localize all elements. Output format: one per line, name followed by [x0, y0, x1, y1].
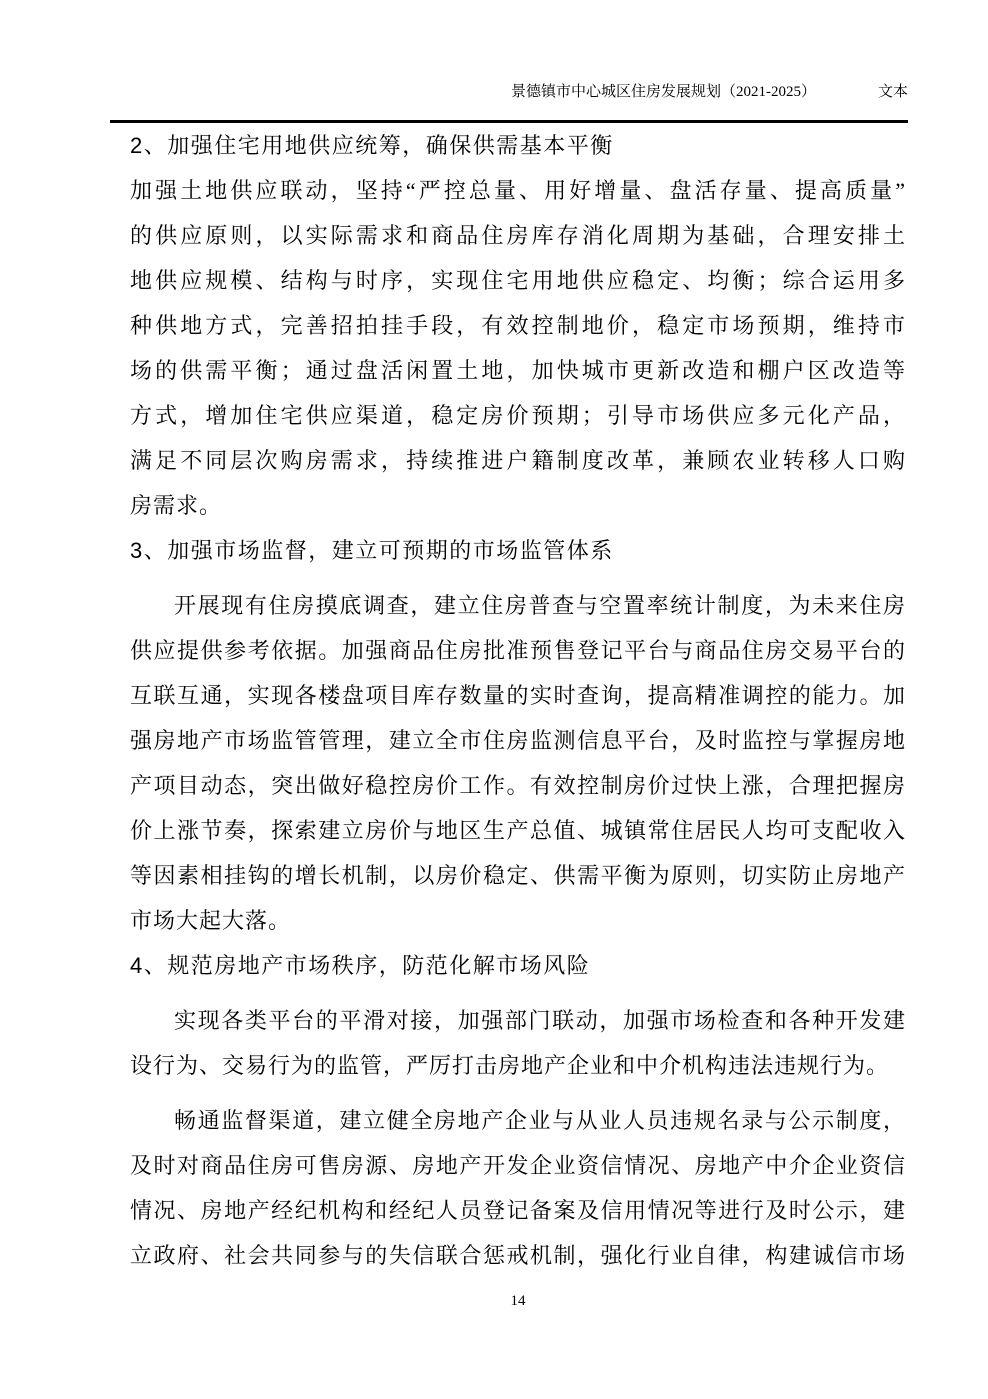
page-footer: 14: [130, 1290, 906, 1312]
text-line: 开展现有住房摸底调查，建立住房普查与空置率统计制度，为未来住房: [130, 583, 906, 628]
text-line: 地供应规模、结构与时序，实现住宅用地供应稳定、均衡；综合运用多: [130, 258, 906, 303]
text-line: 的供应原则，以实际需求和商品住房库存消化周期为基础，合理安排土: [130, 213, 906, 258]
paragraph: 加强土地供应联动，坚持“严控总量、用好增量、盘活存量、提高质量”的供应原则，以实…: [130, 168, 906, 528]
text-line: 种供地方式，完善招拍挂手段，有效控制地价，稳定市场预期，维持市: [130, 303, 906, 348]
text-line: 设行为、交易行为的监管，严厉打击房地产企业和中介机构违法违规行为。: [130, 1043, 906, 1088]
section-heading: 2、加强住宅用地供应统筹，确保供需基本平衡: [130, 123, 906, 168]
text-line: 立政府、社会共同参与的失信联合惩戒机制，强化行业自律，构建诚信市场: [130, 1233, 906, 1278]
text-line: 强房地产市场监管管理，建立全市住房监测信息平台，及时监控与掌握房地: [130, 718, 906, 763]
text-line: 加强土地供应联动，坚持“严控总量、用好增量、盘活存量、提高质量”: [130, 168, 906, 213]
text-line: 供应提供参考依据。加强商品住房批准预售登记平台与商品住房交易平台的: [130, 628, 906, 673]
text-line: 情况、房地产经纪机构和经纪人员登记备案及信用情况等进行及时公示，建: [130, 1188, 906, 1233]
text-line: 等因素相挂钩的增长机制，以房价稳定、供需平衡为原则，切实防止房地产: [130, 853, 906, 898]
text-line: 产项目动态，突出做好稳控房价工作。有效控制房价过快上涨，合理把握房: [130, 763, 906, 808]
text-line: 价上涨节奏，探索建立房价与地区生产总值、城镇常住居民人均可支配收入: [130, 808, 906, 853]
text-line: 房需求。: [130, 483, 906, 528]
document-body: 2、加强住宅用地供应统筹，确保供需基本平衡加强土地供应联动，坚持“严控总量、用好…: [130, 123, 906, 1278]
section-heading: 3、加强市场监督，建立可预期的市场监管体系: [130, 528, 906, 573]
text-line: 实现各类平台的平滑对接，加强部门联动，加强市场检查和各种开发建: [130, 998, 906, 1043]
text-line: 满足不同层次购房需求，持续推进户籍制度改革，兼顾农业转移人口购: [130, 438, 906, 483]
header-title: 景德镇市中心城区住房发展规划（2021-2025）: [511, 82, 816, 103]
text-line: 市场大起大落。: [130, 898, 906, 943]
page-number: 14: [511, 1293, 526, 1309]
text-line: 互联互通，实现各楼盘项目库存数量的实时查询，提高精准调控的能力。加: [130, 673, 906, 718]
page-header: 景德镇市中心城区住房发展规划（2021-2025） 文本: [110, 82, 908, 123]
text-line: 方式，增加住宅供应渠道，稳定房价预期；引导市场供应多元化产品，: [130, 393, 906, 438]
document-page: 景德镇市中心城区住房发展规划（2021-2025） 文本 2、加强住宅用地供应统…: [0, 0, 988, 1399]
text-line: 畅通监督渠道，建立健全房地产企业与从业人员违规名录与公示制度，: [130, 1098, 906, 1143]
text-line: 及时对商品住房可售房源、房地产开发企业资信情况、房地产中介企业资信: [130, 1143, 906, 1188]
text-line: 场的供需平衡；通过盘活闲置土地，加快城市更新改造和棚户区改造等: [130, 348, 906, 393]
paragraph: 畅通监督渠道，建立健全房地产企业与从业人员违规名录与公示制度，及时对商品住房可售…: [130, 1098, 906, 1278]
paragraph: 实现各类平台的平滑对接，加强部门联动，加强市场检查和各种开发建设行为、交易行为的…: [130, 998, 906, 1088]
paragraph: 开展现有住房摸底调查，建立住房普查与空置率统计制度，为未来住房供应提供参考依据。…: [130, 583, 906, 943]
header-doc-type: 文本: [878, 82, 908, 103]
section-heading: 4、规范房地产市场秩序，防范化解市场风险: [130, 943, 906, 988]
